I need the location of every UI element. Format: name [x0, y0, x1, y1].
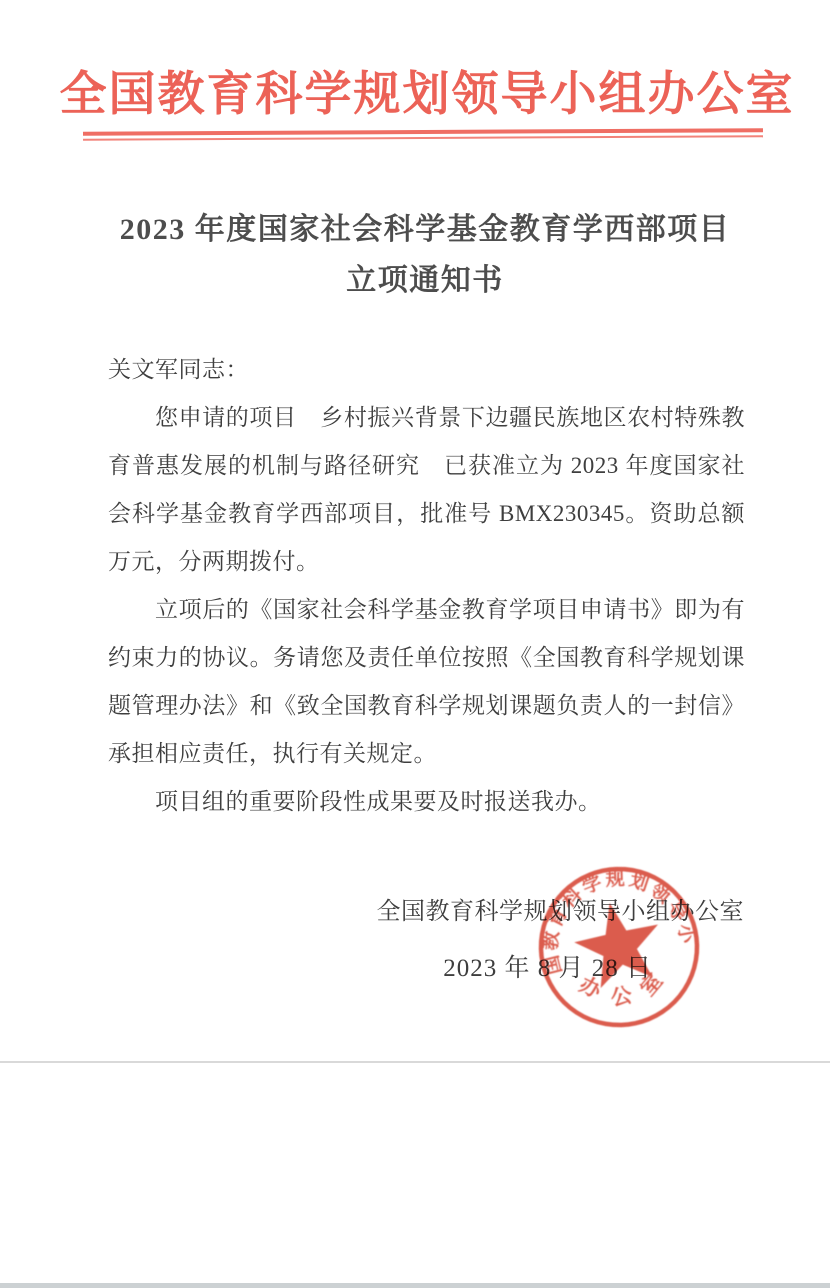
scanned-letter-page: 全国教育科学规划领导小组办公室 2023 年度国家社会科学基金教育学西部项目 立… [0, 0, 830, 1288]
body-line: 承担相应责任，执行有关规定。 [108, 730, 745, 778]
body-line: 项目组的重要阶段性成果要及时报送我办。 [108, 778, 745, 826]
official-seal: 全国教育科学规划领导小组 办公室 [515, 843, 724, 1052]
letterhead-org-name: 全国教育科学规划领导小组办公室 [12, 57, 830, 124]
salutation: 关文军同志： [108, 346, 745, 394]
body-line: 题管理办法》和《致全国教育科学规划课题负责人的一封信》 [108, 682, 745, 730]
page-divider-line [0, 1061, 830, 1063]
body-line: 您申请的项目 乡村振兴背景下边疆民族地区农村特殊教 [108, 394, 745, 442]
body-line: 会科学基金教育学西部项目，批准号 BMX230345。资助总额 20 [108, 490, 745, 538]
body-line: 立项后的《国家社会科学基金教育学项目申请书》即为有 [108, 586, 745, 634]
document-title: 2023 年度国家社会科学基金教育学西部项目 立项通知书 [10, 204, 830, 306]
body-line: 万元，分两期拨付。 [108, 538, 745, 586]
body-line: 约束力的协议。务请您及责任单位按照《全国教育科学规划课 [108, 634, 745, 682]
document-title-line1: 2023 年度国家社会科学基金教育学西部项目 [10, 204, 830, 255]
letterhead-double-rule [83, 128, 763, 141]
page-bottom-edge [0, 1283, 830, 1288]
document-title-line2: 立项通知书 [10, 255, 830, 306]
body-line: 育普惠发展的机制与路径研究 已获准立为 2023 年度国家社 [108, 442, 745, 490]
letter-body: 关文军同志： 您申请的项目 乡村振兴背景下边疆民族地区农村特殊教 育普惠发展的机… [108, 346, 745, 826]
